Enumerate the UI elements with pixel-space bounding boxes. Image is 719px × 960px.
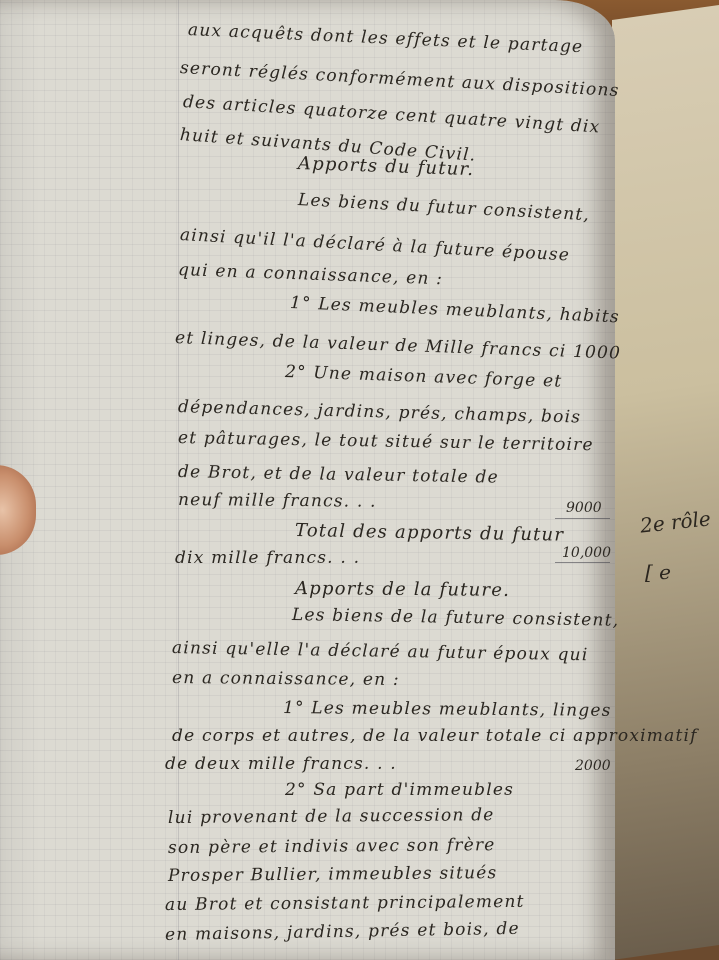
amount-house: 9000: [566, 500, 602, 516]
text-line: et pâturages, le tout situé sur le terri…: [178, 428, 594, 455]
text-line: neuf mille francs. . .: [178, 490, 377, 512]
text-line: aux acquêts dont les effets et le partag…: [188, 20, 584, 57]
text-line: de corps et autres, de la valeur totale …: [172, 726, 698, 746]
section-heading: Apports de la future.: [295, 578, 510, 601]
text-line: en a connaissance, en :: [172, 668, 400, 690]
thumb-holding-page: [0, 465, 36, 555]
text-line: Prosper Bullier, immeubles situés: [168, 863, 498, 886]
text-line: dépendances, jardins, prés, champs, bois: [178, 397, 582, 428]
text-line: qui en a connaissance, en :: [178, 260, 444, 289]
text-line: 1° Les meubles meublants, linges: [283, 698, 612, 721]
text-line: 2° Une maison avec forge et: [285, 362, 563, 392]
text-line: dix mille francs. . .: [175, 548, 360, 568]
amount-rule: [555, 562, 610, 563]
text-line: Les biens du futur consistent,: [297, 190, 590, 225]
text-line: 2° Sa part d'immeubles: [285, 780, 514, 800]
text-line: de deux mille francs. . .: [165, 754, 397, 774]
amount-furniture-wife: 2000: [575, 758, 611, 774]
total-heading: Total des apports du futur: [295, 520, 564, 546]
text-line: ainsi qu'elle l'a déclaré au futur époux…: [172, 638, 589, 665]
text-line: lui provenant de la succession de: [168, 805, 495, 828]
amount-total-husband: 10,000: [562, 545, 611, 561]
text-line: seront réglés conformément aux dispositi…: [179, 58, 620, 101]
amount-rule: [555, 518, 610, 519]
text-line: Les biens de la future consistent,: [292, 605, 620, 631]
text-line: son père et indivis avec son frère: [168, 835, 496, 858]
text-line: ainsi qu'il l'a déclaré à la future épou…: [179, 225, 570, 265]
text-line: en maisons, jardins, prés et bois, de: [165, 919, 520, 945]
text-line: et linges, de la valeur de Mille francs …: [175, 328, 622, 364]
text-line: au Brot et consistant principalement: [165, 892, 525, 915]
margin-mark: [ e: [645, 560, 671, 584]
left-page: aux acquêts dont les effets et le partag…: [0, 0, 615, 960]
right-page: [612, 5, 719, 960]
text-line: de Brot, et de la valeur totale de: [178, 462, 499, 488]
text-line: 1° Les meubles meublants, habits: [290, 293, 621, 327]
